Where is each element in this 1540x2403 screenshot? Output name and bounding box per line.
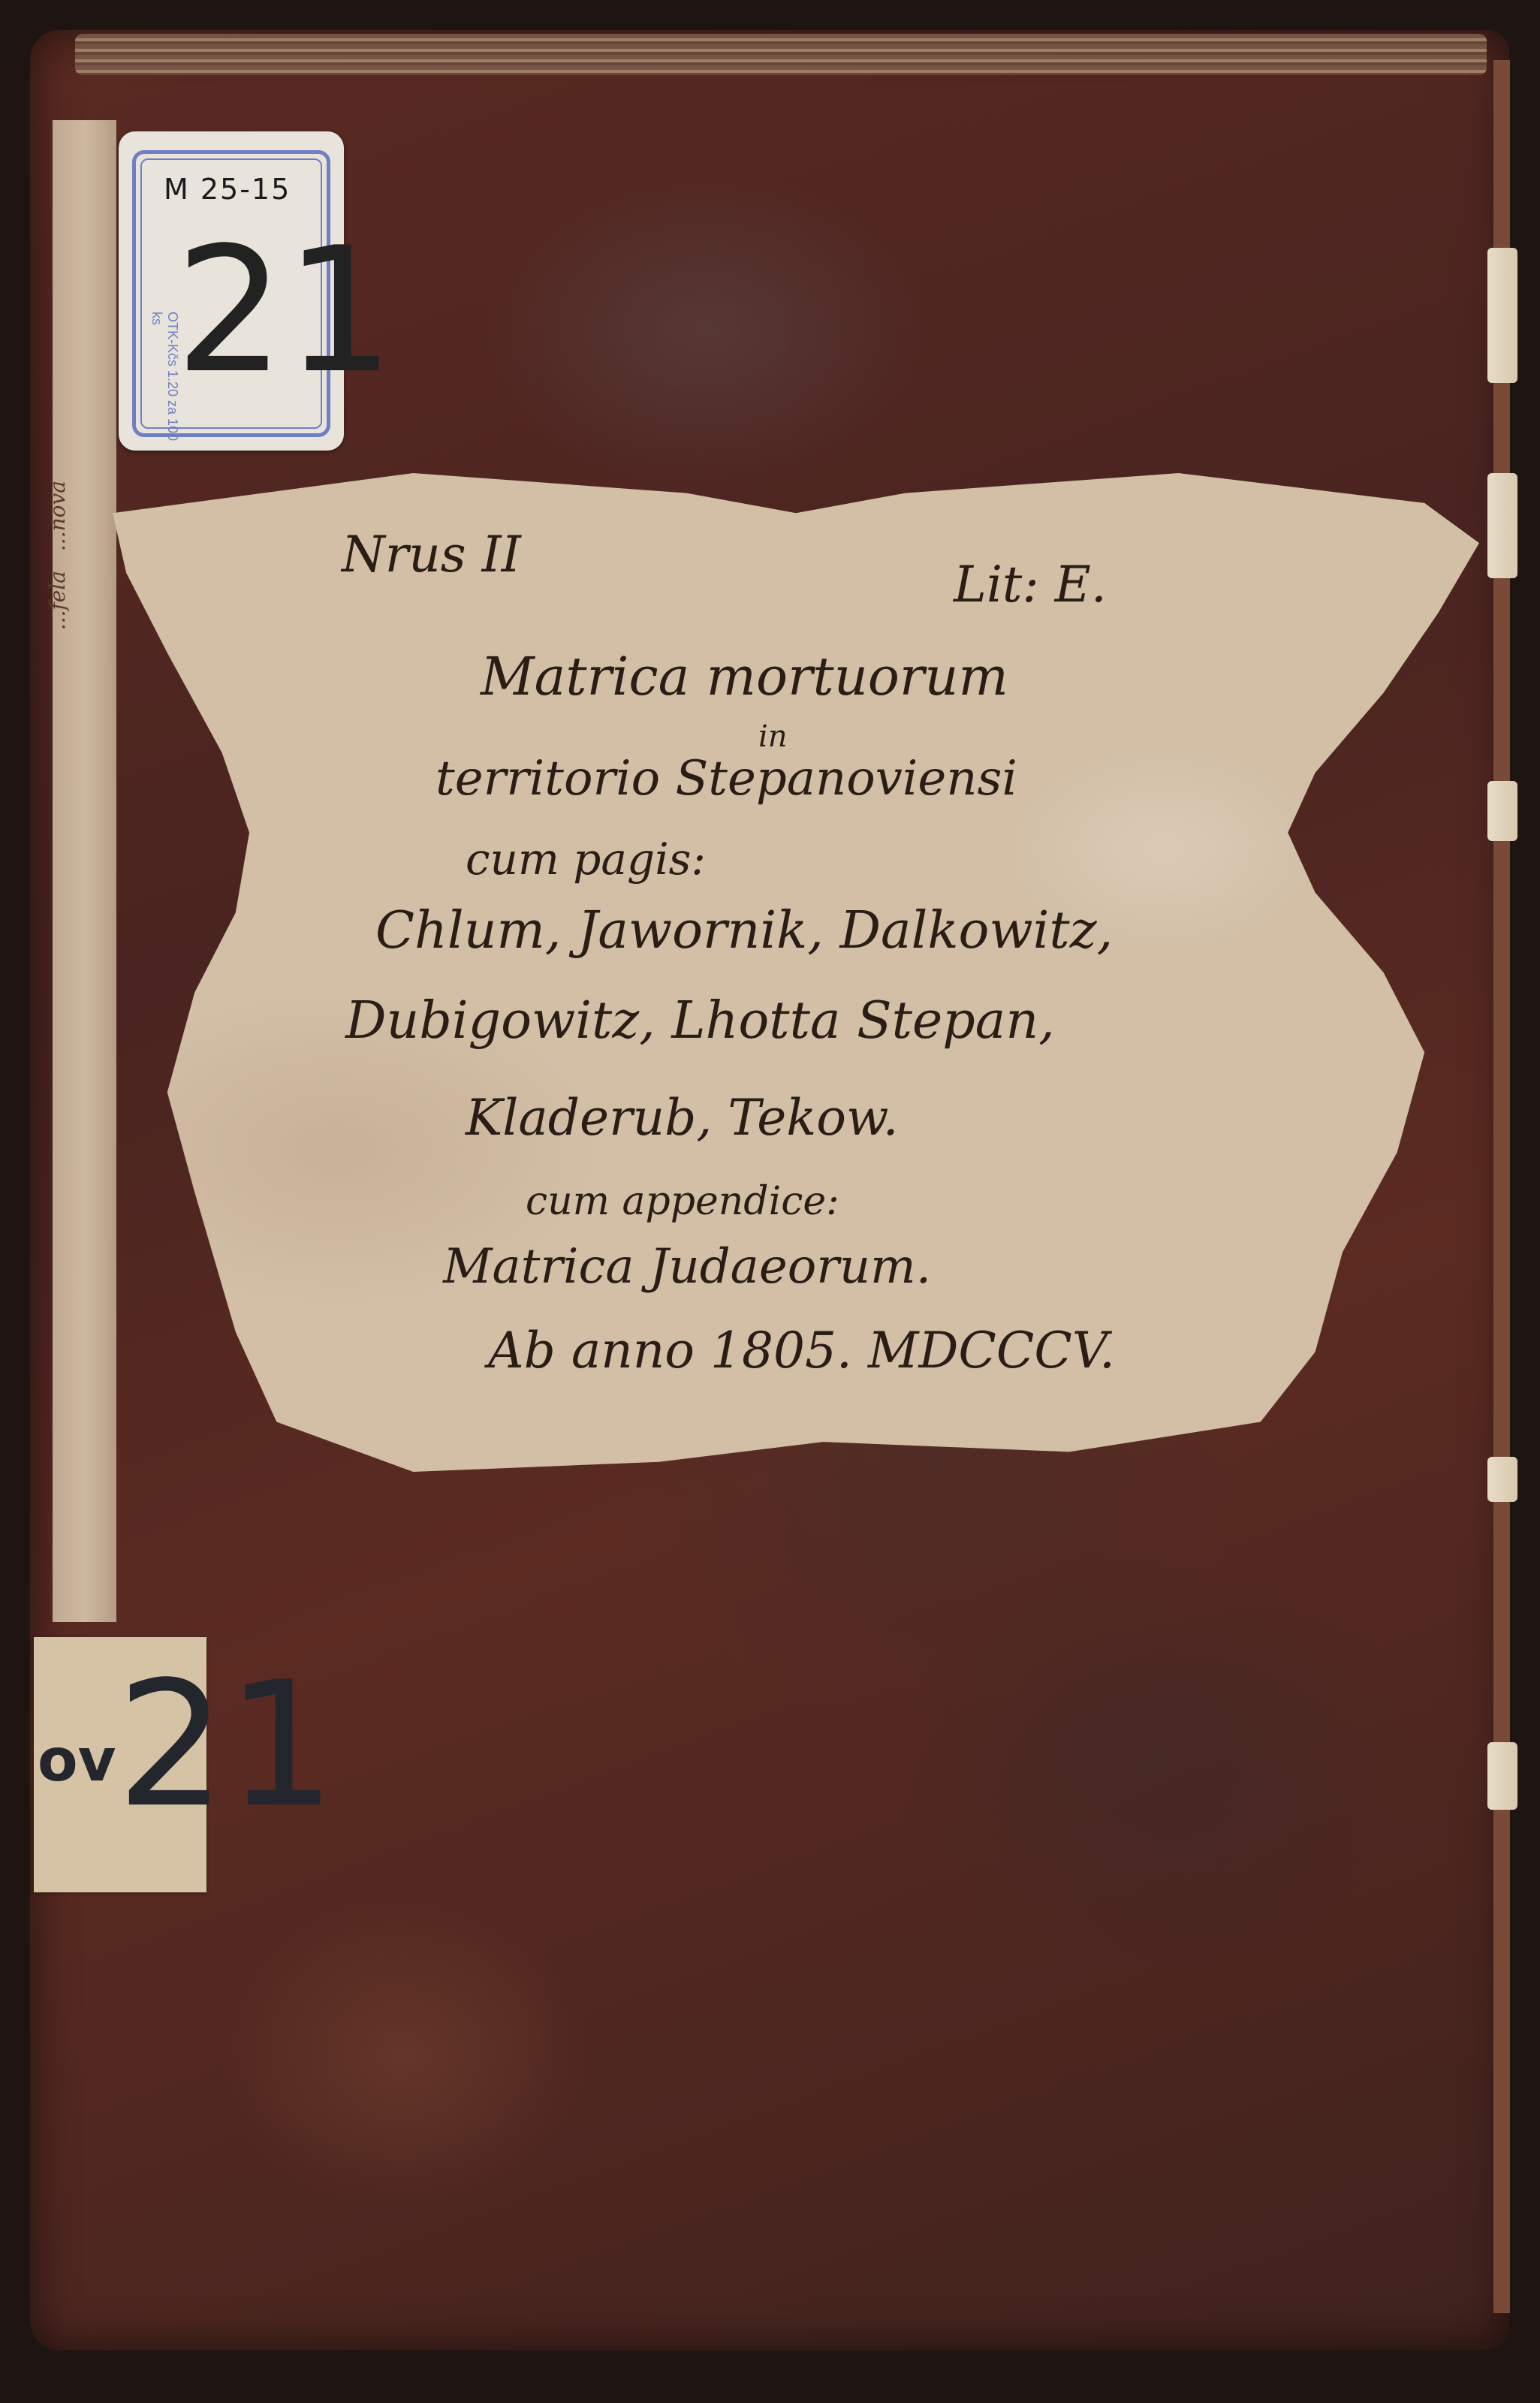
villages-line: Dubigowitz, Lhotta Stepan, [345, 991, 1055, 1051]
page-tab [1487, 248, 1517, 383]
spine-label-number: 21 [116, 1660, 336, 1832]
letter-mark: Lit: E. [954, 556, 1107, 614]
title-line: in [758, 719, 788, 754]
book-fore-edge [1493, 60, 1510, 2313]
page-tab [1487, 1742, 1517, 1810]
title-line: territorio Stepanoviensi [435, 751, 1017, 807]
spine-note: ...nova [45, 481, 70, 551]
spine-paper-strip [53, 120, 116, 1622]
villages-line: Kladerub, Tekow. [466, 1089, 899, 1147]
title-line: cum pagis: [466, 834, 706, 885]
title-line: Matrica mortuorum [481, 646, 1008, 707]
book-top-edge [75, 34, 1487, 75]
spine-number-label: ov 21 [34, 1637, 206, 1892]
spine-label-prefix: ov [38, 1727, 116, 1795]
villages-line: Chlum, Jawornik, Dalkowitz, [375, 901, 1113, 960]
volume-number: Nrus II [342, 526, 521, 583]
spine-note: ...fela [45, 571, 70, 630]
page-tab [1487, 473, 1517, 578]
call-number-label: M 25-15 21 OTK-Kčs 1.20 za 100 ks [119, 131, 344, 451]
printed-price: OTK-Kčs 1.20 za 100 ks [149, 312, 180, 451]
appendix-line: cum appendice: [526, 1179, 839, 1224]
shelf-signature: M 25-15 [164, 173, 291, 206]
page-tab [1487, 781, 1517, 841]
call-number: 21 [175, 225, 395, 398]
year-line: Ab anno 1805. MDCCCV. [488, 1322, 1115, 1379]
appendix-title: Matrica Judaeorum. [443, 1239, 931, 1295]
page-tab [1487, 1457, 1517, 1502]
